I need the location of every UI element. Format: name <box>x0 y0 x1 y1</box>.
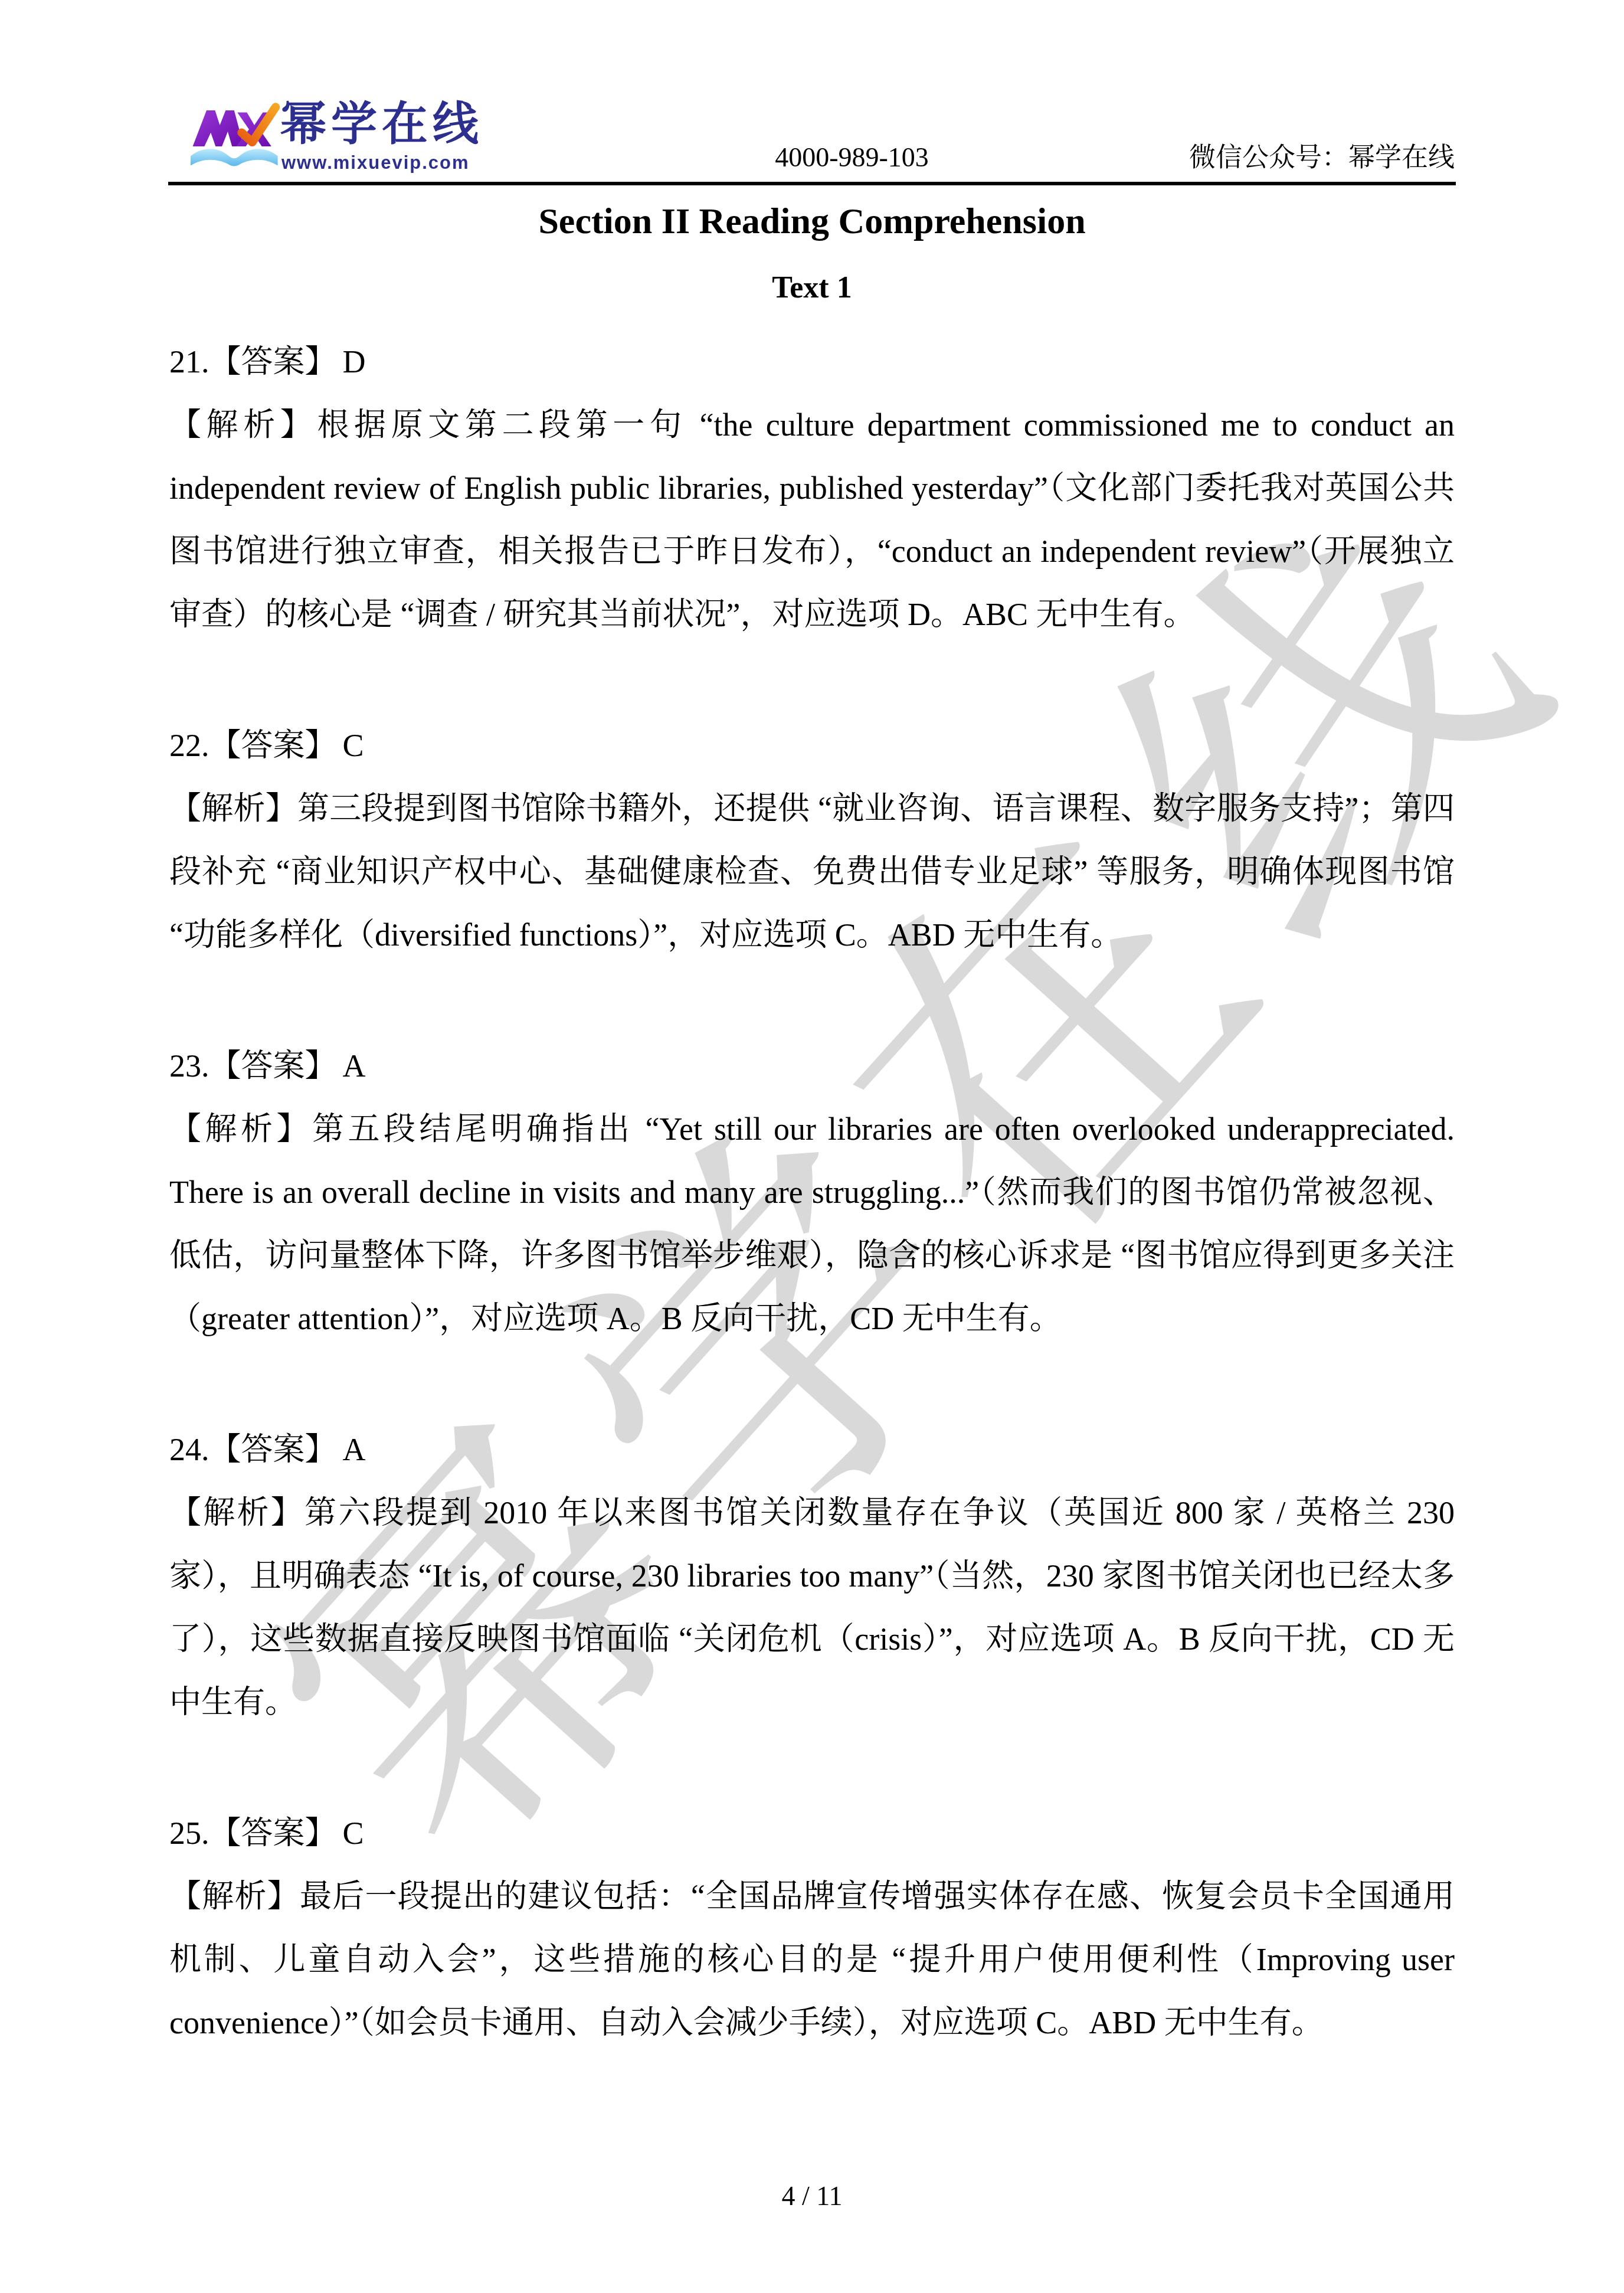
section-title: Section II Reading Comprehension <box>0 203 1624 240</box>
analysis-paragraph: 【解析】第三段提到图书馆除书籍外，还提供 “就业咨询、语言课程、数字服务支持”；… <box>169 777 1455 967</box>
question-number: 21. <box>169 344 209 380</box>
answer-line: 25.【答案】C <box>169 1802 1455 1865</box>
page-number: 4 / 11 <box>0 2183 1624 2210</box>
analysis-text: 根据原文第二段第一句 “the culture department commi… <box>169 407 1455 632</box>
question-23: 23.【答案】A 【解析】第五段结尾明确指出 “Yet still our li… <box>169 1035 1455 1350</box>
answer-label: 【答案】 <box>209 1432 337 1467</box>
brand-logo: 幂学在线 www.mixuevip.com <box>169 87 515 177</box>
question-number: 22. <box>169 728 209 763</box>
question-21: 21.【答案】D 【解析】根据原文第二段第一句 “the culture dep… <box>169 331 1455 646</box>
question-number: 24. <box>169 1432 209 1467</box>
header-wechat-account: 微信公众号：幂学在线 <box>1189 144 1455 177</box>
question-25: 25.【答案】C 【解析】最后一段提出的建议包括：“全国品牌宣传增强实体存在感、… <box>169 1802 1455 2055</box>
question-24: 24.【答案】A 【解析】第六段提到 2010 年以来图书馆关闭数量存在争议（英… <box>169 1418 1455 1734</box>
header-divider <box>168 182 1456 185</box>
answer-value: A <box>343 1432 366 1467</box>
answer-value: A <box>343 1048 366 1084</box>
analysis-label: 【解析】 <box>169 407 317 443</box>
document-page: 幂学在线 <box>0 0 1624 2293</box>
header-phone-number: 4000-989-103 <box>515 144 1189 177</box>
analysis-text: 第五段结尾明确指出 “Yet still our libraries are o… <box>169 1111 1455 1336</box>
answer-line: 22.【答案】C <box>169 714 1455 777</box>
question-number: 23. <box>169 1048 209 1084</box>
answer-line: 21.【答案】D <box>169 331 1455 394</box>
page-header: 幂学在线 www.mixuevip.com 4000-989-103 微信公众号… <box>0 0 1624 177</box>
question-number: 25. <box>169 1816 209 1851</box>
analysis-text: 最后一段提出的建议包括：“全国品牌宣传增强实体存在感、恢复会员卡全国通用机制、儿… <box>169 1879 1455 2040</box>
analysis-text: 第六段提到 2010 年以来图书馆关闭数量存在争议（英国近 800 家 / 英格… <box>169 1495 1455 1720</box>
answers-content: 21.【答案】D 【解析】根据原文第二段第一句 “the culture dep… <box>0 331 1624 2055</box>
analysis-label: 【解析】 <box>169 1495 304 1530</box>
answer-line: 24.【答案】A <box>169 1418 1455 1481</box>
question-22: 22.【答案】C 【解析】第三段提到图书馆除书籍外，还提供 “就业咨询、语言课程… <box>169 714 1455 967</box>
brand-name: 幂学在线 <box>280 102 483 148</box>
analysis-label: 【解析】 <box>169 1879 300 1914</box>
answer-value: D <box>343 344 366 380</box>
answer-value: C <box>343 1816 364 1851</box>
answer-label: 【答案】 <box>209 728 337 763</box>
answer-label: 【答案】 <box>209 344 337 380</box>
brand-url: www.mixuevip.com <box>281 153 470 172</box>
answer-line: 23.【答案】A <box>169 1035 1455 1098</box>
text-subtitle: Text 1 <box>0 273 1624 303</box>
answer-value: C <box>343 728 364 763</box>
answer-label: 【答案】 <box>209 1048 337 1084</box>
analysis-paragraph: 【解析】第六段提到 2010 年以来图书馆关闭数量存在争议（英国近 800 家 … <box>169 1481 1455 1734</box>
analysis-paragraph: 【解析】最后一段提出的建议包括：“全国品牌宣传增强实体存在感、恢复会员卡全国通用… <box>169 1865 1455 2055</box>
answer-label: 【答案】 <box>209 1816 337 1851</box>
analysis-label: 【解析】 <box>169 1111 312 1147</box>
analysis-label: 【解析】 <box>169 791 297 826</box>
analysis-text: 第三段提到图书馆除书籍外，还提供 “就业咨询、语言课程、数字服务支持”；第四段补… <box>169 791 1455 953</box>
analysis-paragraph: 【解析】根据原文第二段第一句 “the culture department c… <box>169 394 1455 646</box>
analysis-paragraph: 【解析】第五段结尾明确指出 “Yet still our libraries a… <box>169 1098 1455 1350</box>
